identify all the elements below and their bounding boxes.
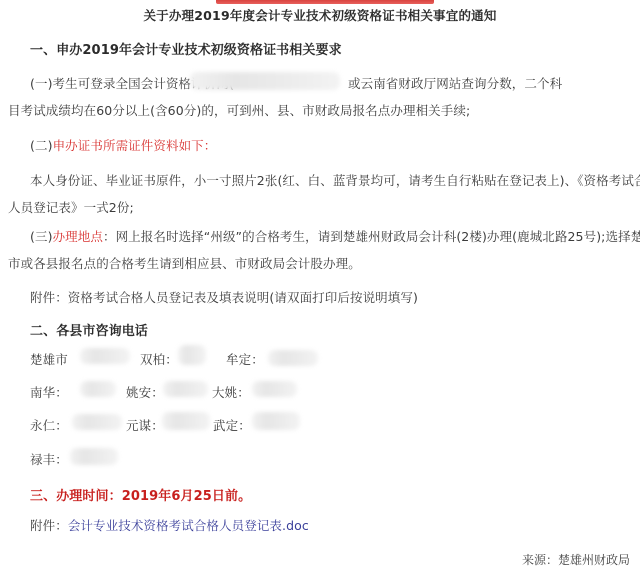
redacted-phone — [162, 412, 210, 430]
section1-heading: 一、申办2019年会计专业技术初级资格证书相关要求 — [30, 39, 342, 58]
redacted-phone — [72, 414, 122, 430]
redacted-phone — [268, 350, 318, 366]
item2-red-label: 申办证书所需证件资料如下： — [53, 138, 217, 153]
section3-heading: 三、办理时间：2019年6月25日前。 — [30, 485, 251, 504]
source-credit: 来源：楚雄州财政局 — [522, 551, 630, 567]
redacted-phone — [80, 348, 130, 364]
redacted-url — [190, 72, 340, 90]
attachment-doc-link[interactable]: 会计专业技术资格考试合格人员登记表.doc — [68, 518, 309, 533]
section1-item2-label: (二)申办证书所需证件资料如下： — [30, 136, 216, 154]
phone-label-yaoan: 姚安： — [126, 383, 164, 401]
redacted-phone — [178, 345, 206, 365]
document-title: 关于办理2019年度会计专业技术初级资格证书相关事宜的通知 — [0, 6, 640, 24]
phone-label-nanhua: 南华： — [30, 383, 68, 401]
phone-label-yongren: 永仁： — [30, 416, 68, 434]
section1-attachment: 附件：资格考试合格人员登记表及填表说明(请双面打印后按说明填写) — [30, 288, 418, 306]
redacted-phone — [70, 448, 118, 465]
phone-label-wuding: 武定： — [213, 416, 251, 434]
redacted-phone — [252, 381, 297, 397]
section1-item3-line1: (三)办理地点：网上报名时选择“州级”的合格考生，请到楚雄州财政局会计科(2楼)… — [30, 227, 640, 245]
redacted-phone — [80, 381, 116, 397]
phone-label-dayao: 大姚： — [212, 383, 250, 401]
attachment-label: 附件： — [30, 518, 68, 533]
phone-label-shuangbai: 双柏： — [140, 350, 178, 368]
section3-attachment: 附件：会计专业技术资格考试合格人员登记表.doc — [30, 516, 309, 534]
section2-heading: 二、各县市咨询电话 — [30, 320, 148, 339]
redacted-phone — [163, 381, 208, 397]
item3-prefix: (三) — [30, 229, 53, 244]
item2-prefix: (二) — [30, 138, 53, 153]
phone-label-yuanmou: 元谋： — [126, 416, 164, 434]
section1-item3-line2: 市或各县报名点的合格考生请到相应县、市财政局会计股办理。 — [8, 254, 361, 272]
phone-label-chuxiong: 楚雄市 — [30, 350, 68, 368]
phone-label-mouding: 牟定： — [226, 350, 264, 368]
section1-item1-line2: 目考试成绩均在60分以上(含60分)的，可到州、县、市财政局报名点办理相关手续; — [8, 101, 470, 119]
redacted-phone — [252, 412, 300, 430]
item3-text: ：网上报名时选择“州级”的合格考生，请到楚雄州财政局会计科(2楼)办理(鹿城北路… — [103, 229, 640, 244]
red-banner — [216, 0, 434, 4]
section1-item1-line1-suffix: 或云南省财政厅网站查询分数，二个科 — [348, 74, 562, 92]
section1-item2-line1: 本人身份证、毕业证书原件，小一寸照片2张(红、白、蓝背景均可，请考生自行粘贴在登… — [30, 171, 640, 189]
item3-red-label: 办理地点 — [53, 229, 103, 244]
phone-label-lufeng: 禄丰： — [30, 450, 68, 468]
section1-item2-line2: 人员登记表》一式2份; — [8, 198, 134, 216]
